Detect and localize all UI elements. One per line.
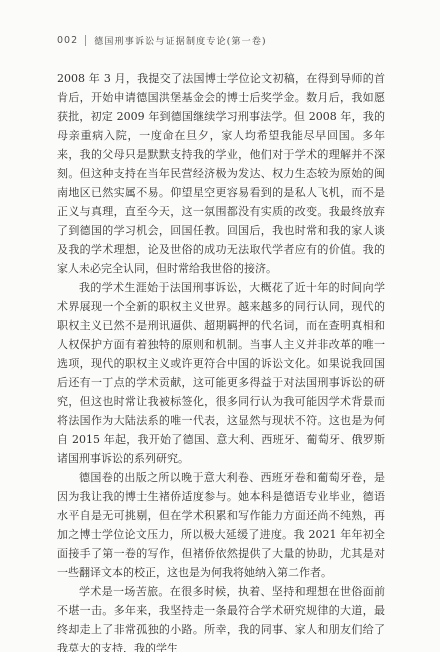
page-body: 2008 年 3 月，我提交了法国博士学位论文初稿，在得到导师的首肯后，开始申请…: [57, 69, 385, 652]
paragraph-2: 我的学术生涯始于法国刑事诉讼，大概花了近十年的时间向学术界展现一个全新的职权主义…: [57, 278, 385, 468]
book-page: 002 德国刑事诉讼与证据制度专论(第一卷) 2008 年 3 月，我提交了法国…: [0, 0, 440, 652]
page-header: 002 德国刑事诉讼与证据制度专论(第一卷): [57, 34, 385, 47]
paragraph-1: 2008 年 3 月，我提交了法国博士学位论文初稿，在得到导师的首肯后，开始申请…: [57, 69, 385, 278]
header-divider: [85, 35, 86, 46]
book-title: 德国刑事诉讼与证据制度专论(第一卷): [94, 34, 267, 47]
paragraph-3: 德国卷的出版之所以晚于意大利卷、西班牙卷和葡萄牙卷，是因为我让我的博士生褚侨适度…: [57, 468, 385, 582]
paragraph-4: 学术是一场苦旅。在很多时候，执着、坚持和理想在世俗面前不堪一击。多年来，我坚持走…: [57, 582, 385, 652]
page-number: 002: [57, 35, 78, 46]
